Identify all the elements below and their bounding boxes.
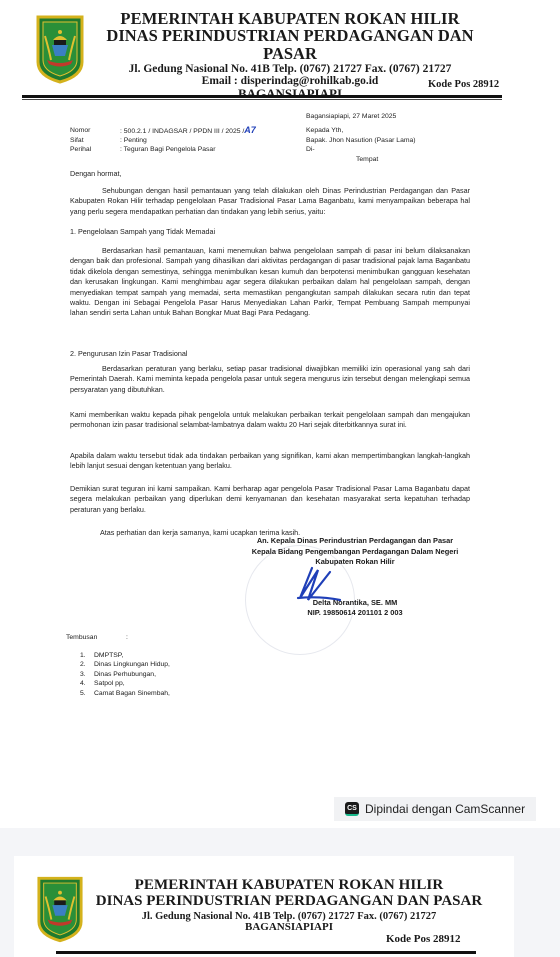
meta-label: Perihal — [70, 145, 120, 155]
tembusan-list: 1.DMPTSP, 2.Dinas Lingkungan Hidup, 3.Di… — [80, 651, 170, 699]
coat-of-arms-icon — [35, 14, 85, 84]
signatory-name: Delta Norantika, SE. MM — [240, 598, 470, 609]
letterhead-address: Jl. Gedung Nasional No. 41B Telp. (0767)… — [90, 63, 490, 75]
tembusan-block: Tembusan : 1.DMPTSP, 2.Dinas Lingkungan … — [66, 633, 170, 698]
section-2-title: 2. Pengurusan Izin Pasar Tradisional — [70, 349, 187, 359]
signature-line-2: Kepala Bidang Pengembangan Perdagangan D… — [240, 547, 470, 558]
signature-line-3: Kabupaten Rokan Hilir — [240, 557, 470, 568]
list-item: 5.Camat Bagan Sinembah, — [80, 689, 170, 699]
meta-row-nomor: Nomor : 500.2.1 / INDAGSAR / PPDN III / … — [70, 126, 320, 136]
meta-value: : 500.2.1 / INDAGSAR / PPDN III / 2025 / — [120, 128, 244, 135]
section-1-body: Berdasarkan hasil pemantauan, kami menem… — [70, 246, 470, 319]
letterhead-city: BAGANSIAPIAPI — [94, 922, 484, 934]
meta-value: : Penting — [120, 136, 320, 146]
closing-paragraph: Demikian surat teguran ini kami sampaika… — [70, 484, 470, 515]
intro-paragraph: Sehubungan dengan hasil pemantauan yang … — [70, 186, 470, 217]
meta-label: Nomor — [70, 126, 120, 136]
signatory-nip: NIP. 19850614 201101 2 003 — [240, 608, 470, 619]
signature-line-1: An. Kepala Dinas Perindustrian Perdagang… — [240, 536, 470, 547]
salutation: Dengan hormat, — [70, 169, 122, 179]
consequence-paragraph: Apabila dalam waktu tersebut tidak ada t… — [70, 451, 470, 472]
scanned-page-2: PEMERINTAH KABUPATEN ROKAN HILIR DINAS P… — [14, 856, 514, 957]
recipient-place: Tempat — [356, 155, 416, 165]
scanned-page-1: PEMERINTAH KABUPATEN ROKAN HILIR DINAS P… — [0, 0, 560, 828]
letterhead-text: PEMERINTAH KABUPATEN ROKAN HILIR DINAS P… — [94, 878, 484, 933]
handwritten-number: A7 — [244, 125, 256, 135]
meta-value: : Teguran Bagi Pengelola Pasar — [120, 145, 320, 155]
letterhead-government: PEMERINTAH KABUPATEN ROKAN HILIR — [90, 10, 490, 27]
letterhead-divider — [56, 951, 476, 954]
list-item: 1.DMPTSP, — [80, 651, 170, 661]
letterhead: PEMERINTAH KABUPATEN ROKAN HILIR DINAS P… — [0, 0, 560, 100]
tembusan-label: Tembusan — [66, 633, 126, 643]
camscanner-text: Dipindai dengan CamScanner — [365, 802, 525, 816]
letterhead-postal-code: Kode Pos 28912 — [428, 79, 499, 90]
letterhead-government: PEMERINTAH KABUPATEN ROKAN HILIR — [94, 878, 484, 894]
list-item: 4.Satpol pp, — [80, 679, 170, 689]
recipient-name: Bapak. Jhon Nasution (Pasar Lama) — [306, 136, 416, 146]
signature-block: An. Kepala Dinas Perindustrian Perdagang… — [240, 536, 470, 619]
letterhead-divider-thin — [22, 99, 502, 100]
recipient-di: Di- — [306, 145, 416, 155]
tembusan-colon: : — [126, 633, 128, 643]
meta-row-sifat: Sifat : Penting — [70, 136, 320, 146]
section-1-title: 1. Pengelolaan Sampah yang Tidak Memadai — [70, 227, 215, 237]
coat-of-arms-icon — [36, 874, 84, 944]
recipient-greeting: Kepada Yth, — [306, 126, 416, 136]
letterhead-postal-code: Kode Pos 28912 — [386, 933, 461, 945]
recipient-block: Kepada Yth, Bapak. Jhon Nasution (Pasar … — [306, 126, 416, 164]
letterhead-divider — [22, 95, 502, 98]
place-date: Bagansiapiapi, 27 Maret 2025 — [306, 112, 396, 122]
letter-meta: Nomor : 500.2.1 / INDAGSAR / PPDN III / … — [70, 126, 320, 155]
letterhead-agency: DINAS PERINDUSTRIAN PERDAGANGAN DAN PASA… — [90, 27, 490, 62]
letterhead-agency: DINAS PERINDUSTRIAN PERDAGANGAN DAN PASA… — [94, 894, 484, 910]
camscanner-icon: CS — [345, 802, 359, 816]
section-2-body: Berdasarkan peraturan yang berlaku, seti… — [70, 364, 470, 395]
meta-label: Sifat — [70, 136, 120, 146]
camscanner-watermark: CS Dipindai dengan CamScanner — [334, 797, 536, 821]
meta-row-perihal: Perihal : Teguran Bagi Pengelola Pasar — [70, 145, 320, 155]
deadline-paragraph: Kami memberikan waktu kepada pihak penge… — [70, 410, 470, 431]
list-item: 3.Dinas Perhubungan, — [80, 670, 170, 680]
letterhead-address: Jl. Gedung Nasional No. 41B Telp. (0767)… — [94, 911, 484, 922]
list-item: 2.Dinas Lingkungan Hidup, — [80, 660, 170, 670]
